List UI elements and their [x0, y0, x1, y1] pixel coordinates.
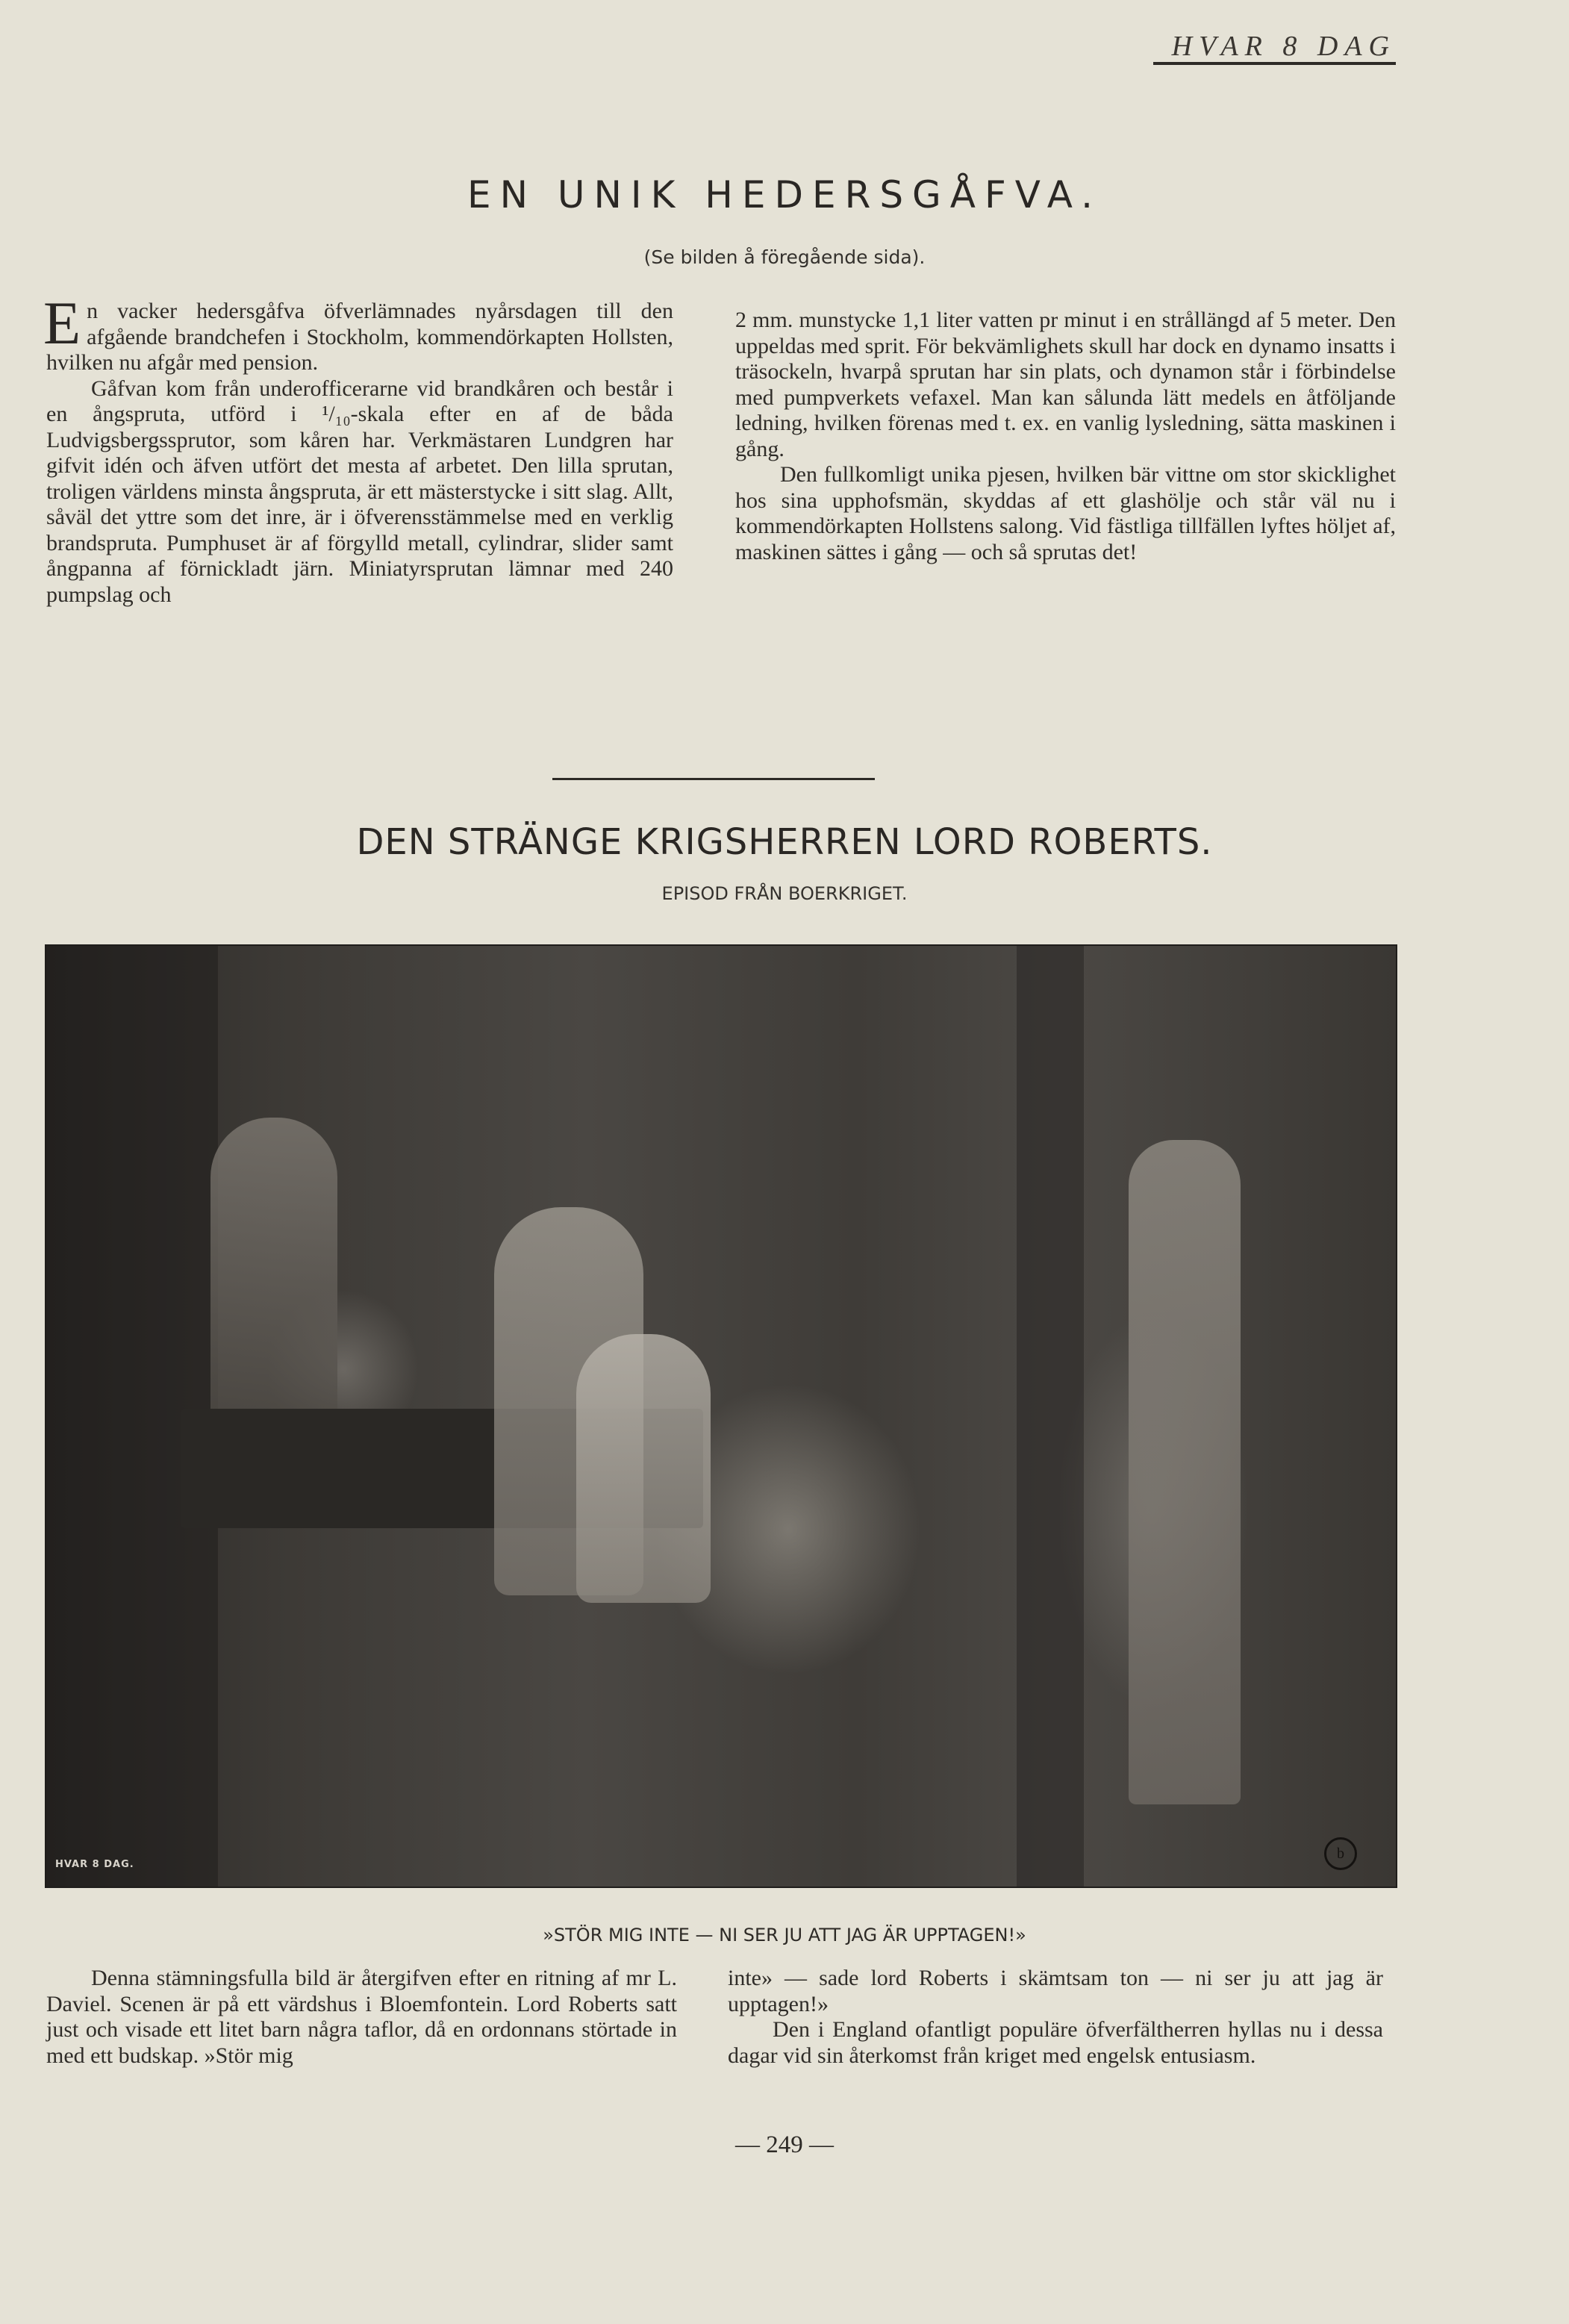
- artist-monogram-icon: b: [1324, 1837, 1357, 1870]
- drop-cap: E: [43, 300, 81, 346]
- paragraph-text: n vacker hedersgåfva öfverlämnades nyårs…: [46, 299, 673, 375]
- running-head-rule: [1153, 62, 1396, 65]
- article1-title: EN UNIK HEDERSGÅFVA.: [0, 173, 1569, 216]
- article2-title: DEN STRÄNGE KRIGSHERREN LORD ROBERTS.: [0, 821, 1569, 863]
- section-divider: [552, 778, 875, 780]
- article1-paragraph: En vacker hedersgåfva öfverlämnades nyår…: [46, 299, 673, 376]
- article2-paragraph: Den i England ofantligt populäre öfverfä…: [728, 2017, 1383, 2069]
- article1-subtitle: (Se bilden å föregående sida).: [0, 246, 1569, 268]
- article1-paragraph: 2 mm. munstycke 1,1 liter vatten pr minu…: [735, 308, 1396, 462]
- illustration-caption: »STÖR MIG INTE — NI SER JU ATT JAG ÄR UP…: [0, 1925, 1569, 1946]
- article2-column-right: inte» — sade lord Roberts i skämtsam ton…: [728, 1966, 1383, 2069]
- illustration-lord-roberts: HVAR 8 DAG. b: [45, 944, 1397, 1888]
- article2-paragraph: Denna stämningsfulla bild är återgifven …: [46, 1966, 677, 2069]
- article1-paragraph: Gåfvan kom från underofficerarne vid bra…: [46, 376, 673, 608]
- article1-paragraph: Den fullkomligt unika pjesen, hvilken bä…: [735, 462, 1396, 565]
- article2-paragraph: inte» — sade lord Roberts i skämtsam ton…: [728, 1966, 1383, 2017]
- article1-column-right: 2 mm. munstycke 1,1 liter vatten pr minu…: [735, 308, 1396, 565]
- article2-column-left: Denna stämningsfulla bild är återgifven …: [46, 1966, 677, 2069]
- illustration-curtain-right: [1017, 946, 1084, 1887]
- page-number: — 249 —: [0, 2131, 1569, 2159]
- illustration-figure-child: [576, 1334, 711, 1603]
- running-head: HVAR 8 DAG: [1150, 30, 1396, 63]
- illustration-figure-woman: [210, 1118, 337, 1454]
- article2-subtitle: EPISOD FRÅN BOERKRIGET.: [0, 883, 1569, 904]
- article1-column-left: En vacker hedersgåfva öfverlämnades nyår…: [46, 299, 673, 608]
- illustration-figure-orderly: [1129, 1140, 1241, 1804]
- illustration-credit: HVAR 8 DAG.: [55, 1859, 134, 1870]
